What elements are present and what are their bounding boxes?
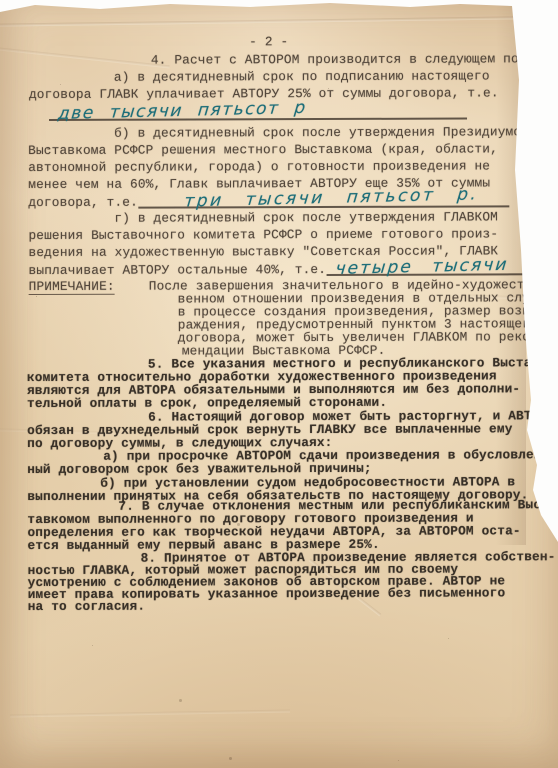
- amount-underline: три тысячи пятьсот р.: [138, 189, 509, 208]
- amount-underline: две тысячи пятьсот р: [49, 99, 467, 121]
- paper-sheet: - 2 - 4. Расчет с АВТОРОМ производится в…: [0, 0, 558, 768]
- amount-underline: четыре тысячи р.: [326, 257, 541, 276]
- clause4-intro: 4. Расчет с АВТОРОМ производится в следу…: [151, 52, 558, 66]
- note-label: ПРИМЕЧАНИЕ:: [29, 280, 115, 295]
- clause8-line: на то согласия.: [28, 600, 145, 613]
- clause4g-line: выплачивает АВТОРУ остальные 40%, т.е.: [29, 263, 327, 277]
- payment-amount-row: две тысячи пятьсот р: [49, 101, 467, 121]
- clause4b-line: договора, т.е.: [28, 196, 138, 209]
- clause4b-line: б) в десятидневный срок после утверждени…: [114, 125, 529, 139]
- clause4a-line: а) в десятидневный срок по подписанию на…: [114, 69, 490, 83]
- clause4g-line: г) в десятидневный срок после утверждени…: [114, 210, 498, 224]
- clause5-line: тельной оплаты в срок, определяемый стор…: [27, 396, 387, 410]
- clause4g-line: решения Выставочного комитета РСФСР о пр…: [28, 227, 498, 242]
- payment-amount-row: договора, т.е. три тысячи пятьсот р.: [28, 191, 509, 209]
- handwritten-amount-1: две тысячи пятьсот р: [57, 98, 308, 124]
- clause4b-line: Выставкома РСФСР решения местного Выстав…: [28, 142, 498, 157]
- typewritten-content: - 2 - 4. Расчет с АВТОРОМ производится в…: [0, 0, 558, 768]
- payment-amount-row: выплачивает АВТОРУ остальные 40%, т.е. ч…: [29, 259, 541, 277]
- clause6a-line: ный договором срок без уважительной прич…: [27, 462, 372, 476]
- handwritten-amount-3: четыре тысячи р.: [334, 254, 549, 279]
- scanned-document: - 2 - 4. Расчет с АВТОРОМ производится в…: [0, 0, 558, 768]
- paper-specks: [0, 0, 1, 1]
- page-number: - 2 -: [34, 34, 504, 49]
- clause4b-line: автономной республики, города) о готовно…: [28, 159, 490, 174]
